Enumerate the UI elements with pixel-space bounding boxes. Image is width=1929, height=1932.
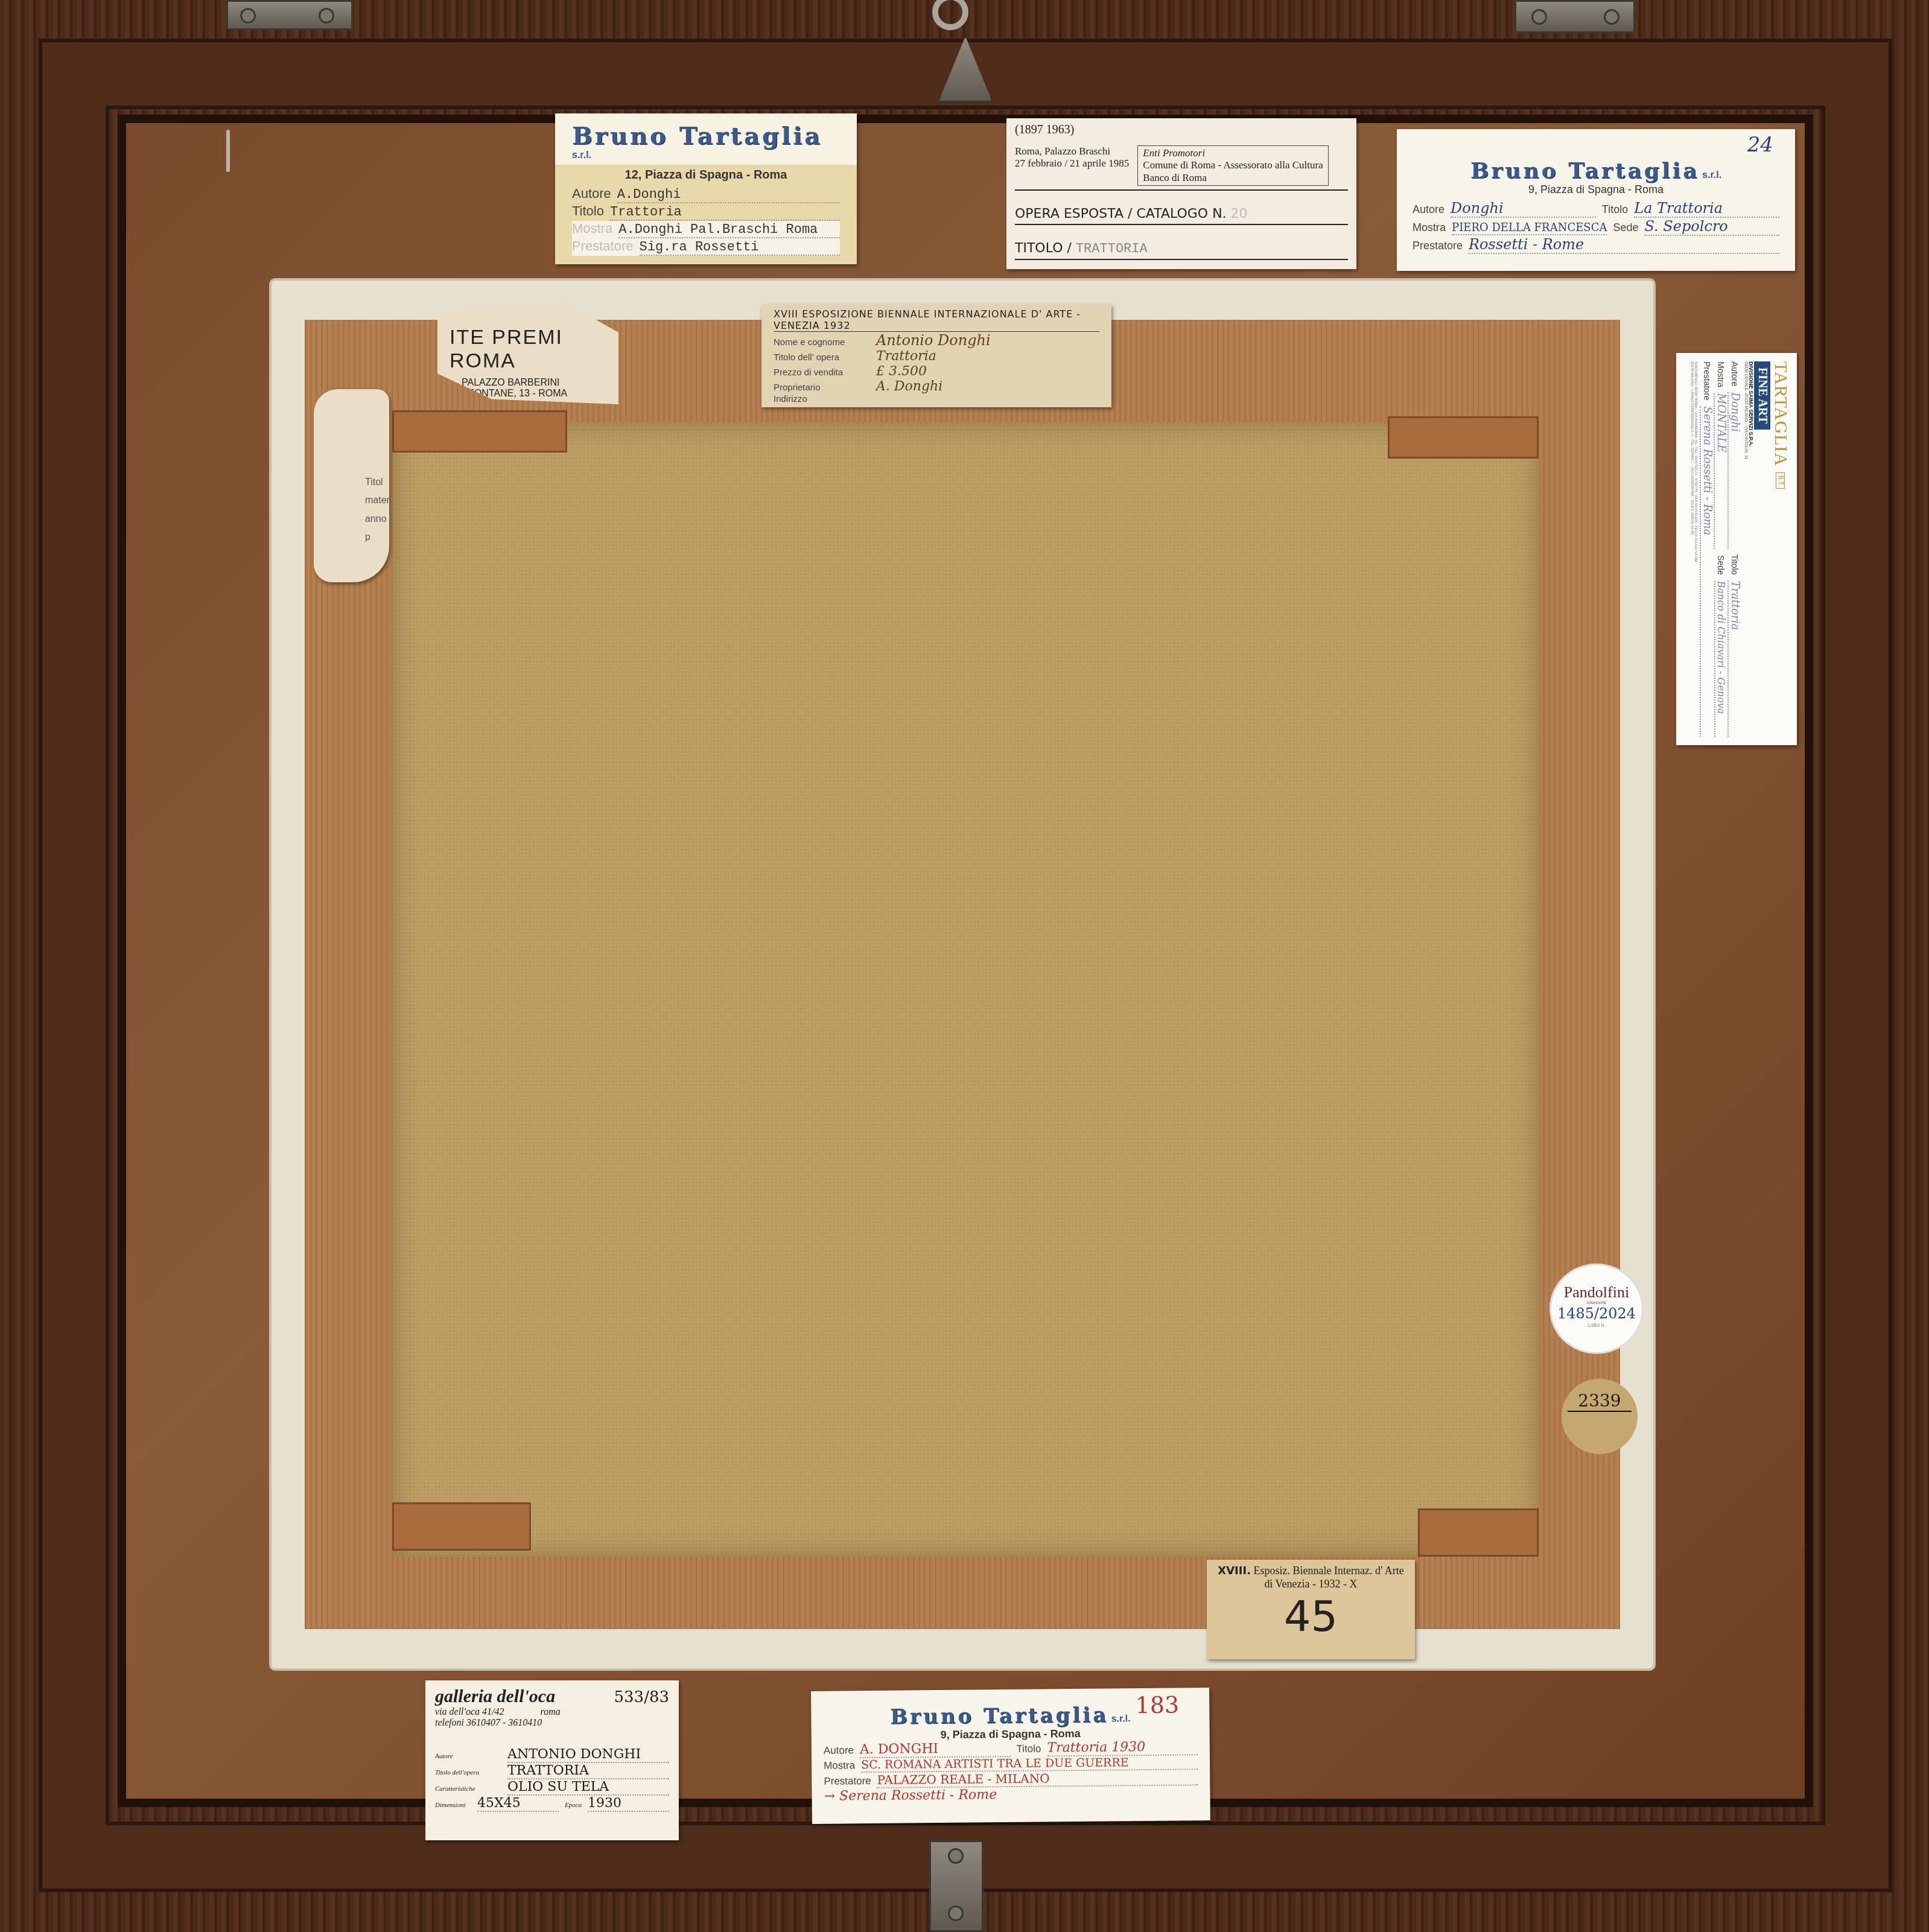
field-value-nome: Antonio Donghi xyxy=(876,332,1099,349)
label-tartaglia-183: 183 Bruno Tartaglia s.r.l. 9, Piazza di … xyxy=(811,1688,1210,1824)
brand-suffix: s.r.l. xyxy=(1111,1714,1131,1724)
brand-suffix: s.r.l. xyxy=(1702,170,1721,180)
form-header: XVIII ESPOSIZIONE BIENNALE INTERNAZIONAL… xyxy=(774,308,1099,332)
corner-key-bottom-left xyxy=(392,1502,531,1551)
brand-name: Bruno Tartaglia xyxy=(890,1703,1108,1729)
field-value-sede: Banco di Chiavari - Genova xyxy=(1714,581,1727,737)
fragment-line: materi xyxy=(365,492,389,510)
field-value-mostra: PIERO DELLA FRANCESCA xyxy=(1452,221,1607,235)
legal-address: SEDE LEGALE: 20139 MILANO - VIA CAVIGLIA… xyxy=(1744,361,1748,737)
field-value-dimensioni: 45X45 xyxy=(477,1796,559,1812)
field-label: Prestatore xyxy=(572,238,634,254)
field-label: Proprietario xyxy=(774,383,870,393)
field-label: Mostra xyxy=(1413,221,1446,234)
field-label: Dimensioni xyxy=(435,1802,471,1809)
field-value-autore: A.Donghi xyxy=(617,187,840,203)
promoters-title: Enti Promotori xyxy=(1143,147,1323,159)
title-label: TITOLO / xyxy=(1015,241,1072,256)
lot-label: Lotto n. xyxy=(1551,1322,1642,1328)
screw-icon xyxy=(948,1848,964,1864)
catalog-label: OPERA ESPOSTA / CATALOGO N. xyxy=(1015,206,1227,221)
field-label: Sede xyxy=(1716,555,1726,575)
field-label: Autore xyxy=(1730,361,1740,386)
promoter: Banco di Roma xyxy=(1143,172,1323,184)
field-value-prezzo: £ 3.500 xyxy=(876,364,1099,379)
field-label: Mostra xyxy=(824,1759,855,1772)
address: 12, Piazza di Spagna - Roma xyxy=(572,168,840,182)
exhibition-dates: 27 febbraio / 21 aprile 1985 xyxy=(1015,157,1129,170)
field-label: Caratteristiche xyxy=(435,1785,501,1793)
field-value-titolo: Trattoria xyxy=(876,349,1099,364)
bottom-mount-plate xyxy=(929,1840,984,1932)
catalog-number: 45 xyxy=(1215,1595,1406,1638)
field-value-prestatore: Sig.ra Rossetti xyxy=(640,240,841,256)
corner-key-top-right xyxy=(1388,416,1539,459)
inventory-number: 2339 xyxy=(1568,1391,1632,1412)
field-value-autore: Donghi xyxy=(1727,392,1741,548)
field-value-prestatore: Rossetti - Rome xyxy=(1469,236,1779,254)
title-value: TRATTORIA xyxy=(1076,241,1148,256)
field-value-prestatore: Serena Rossetti - Roma xyxy=(1700,407,1714,737)
brand-name: Bruno Tartaglia xyxy=(572,122,822,150)
field-label: Titolo xyxy=(1730,554,1740,575)
label-tartaglia-9-piazza-24: 24 Bruno Tartaglia s.r.l. 9, Piazza di S… xyxy=(1397,129,1795,271)
screw-icon xyxy=(1531,9,1547,25)
field-label: Titolo xyxy=(1016,1743,1041,1755)
auction-number: 1485/2024 xyxy=(1551,1305,1642,1322)
field-label: Prestatore xyxy=(1702,361,1712,401)
field-label: Autore xyxy=(572,186,611,202)
brand-name: TARTAGLIA xyxy=(1770,361,1791,466)
corner-key-top-left xyxy=(392,410,567,453)
catalog-number: 20 xyxy=(1231,206,1248,221)
address: 9, Piazza di Spagna - Roma xyxy=(1413,183,1779,196)
fragment-line: anno xyxy=(365,510,389,529)
fragment-line: ITE PREMI ROMA xyxy=(450,326,612,373)
auction-house: Pandolfini xyxy=(1551,1283,1642,1301)
label-palazzo-braschi-1985: (1897 1963) Roma, Palazzo Braschi 27 feb… xyxy=(1006,118,1356,269)
field-label: Mostra xyxy=(1716,361,1726,387)
label-tartaglia-12-piazza: Bruno Tartaglia s.r.l. 12, Piazza di Spa… xyxy=(555,113,857,264)
field-value-titolo: La Trattoria xyxy=(1634,200,1779,218)
flag-logo-icon: B.T. xyxy=(1776,472,1785,489)
field-label: Indirizzo xyxy=(774,394,870,404)
field-value-titolo: Trattoria xyxy=(610,205,840,221)
field-value-epoca: 1930 xyxy=(588,1796,669,1812)
field-label: Epoca xyxy=(565,1802,582,1809)
field-value-titolo: Trattoria 1930 xyxy=(1047,1739,1198,1756)
field-value-sede: PALAZZO REALE - MILANO xyxy=(877,1770,1198,1788)
inventory-number: 24 xyxy=(1747,133,1773,157)
branches: SUCCURSALI: 00187 ROMA - VIA BARBERINI, … xyxy=(1694,361,1697,737)
fragment-line: Titol xyxy=(365,474,389,492)
label-torn-fragment-left: Titol materi anno p xyxy=(314,389,389,582)
screw-icon xyxy=(319,8,334,24)
field-label: Titolo xyxy=(572,203,604,219)
field-label: Mostra xyxy=(572,221,612,237)
edition: XVIII. xyxy=(1218,1565,1251,1577)
exhibition-place-year: di Venezia - 1932 - X xyxy=(1215,1578,1406,1590)
field-label: Autore xyxy=(435,1753,501,1760)
label-tartaglia-fine-art: TARTAGLIA B.T. FINE ART DIVISIONE SAIMA … xyxy=(1676,353,1797,745)
brand-suffix: s.r.l. xyxy=(572,150,591,160)
field-label: Nome e cognome xyxy=(774,337,870,348)
field-label: Prestatore xyxy=(824,1775,871,1788)
field-label: Autore xyxy=(1413,203,1444,216)
field-value-caratteristiche: OLIO SU TELA xyxy=(507,1779,669,1796)
field-label: Prezzo di vendita xyxy=(774,367,870,378)
screw-icon xyxy=(948,1905,964,1921)
sticker-pandolfini: Pandolfini CASA D'ASTE 1485/2024 Lotto n… xyxy=(1549,1263,1644,1354)
screw-icon xyxy=(240,8,256,24)
corner-key-bottom-right xyxy=(1418,1508,1539,1557)
field-value-autore: ANTONIO DONGHI xyxy=(507,1747,669,1763)
promoter: Comune di Roma - Assessorato alla Cultur… xyxy=(1143,159,1323,171)
nail-icon xyxy=(226,130,230,172)
field-label: Titolo dell'opera xyxy=(435,1769,501,1776)
inventory-number: 183 xyxy=(1136,1692,1180,1719)
sub-brand: FINE ART xyxy=(1754,361,1770,430)
gallery-address: via dell'oca 41/42 xyxy=(435,1707,504,1718)
canvas-reverse xyxy=(392,422,1539,1557)
field-label: Titolo xyxy=(1602,203,1628,216)
field-label: Titolo dell' opera xyxy=(774,352,870,363)
brand-name: Bruno Tartaglia xyxy=(1470,158,1700,183)
gallery-name: galleria dell'oca xyxy=(435,1686,555,1707)
top-left-mount-plate xyxy=(226,0,353,30)
field-value-titolo: Trattoria xyxy=(1727,580,1741,737)
lifespan: (1897 1963) xyxy=(1015,123,1348,137)
fragment-line: PALAZZO BARBERINI xyxy=(462,378,612,389)
field-value-mostra: A.Donghi Pal.Braschi Roma xyxy=(618,222,840,238)
label-biennale-1932-form: XVIII ESPOSIZIONE BIENNALE INTERNAZIONAL… xyxy=(761,305,1111,407)
screw-icon xyxy=(1604,9,1619,25)
label-galleria-dell-oca: galleria dell'oca 533/83 via dell'oca 41… xyxy=(425,1680,679,1840)
label-biennale-1932-number: XVIII. Esposiz. Biennale Internaz. d' Ar… xyxy=(1207,1560,1415,1659)
field-label: Sede xyxy=(1613,221,1638,234)
gallery-city: roma xyxy=(541,1707,561,1718)
exhibition-name: Esposiz. Biennale Internaz. d' Arte xyxy=(1254,1565,1404,1577)
inventory-number: 533/83 xyxy=(614,1688,669,1706)
fragment-line: p xyxy=(365,529,389,547)
field-value-sede: S. Sepolcro xyxy=(1644,218,1779,236)
field-value-autore: Donghi xyxy=(1451,200,1596,218)
gallery-phones: telefoni 3610407 - 3610410 xyxy=(435,1718,669,1729)
field-value-prestatore: → Serena Rossetti - Rome xyxy=(824,1785,1198,1803)
venue: Roma, Palazzo Braschi xyxy=(1015,145,1129,157)
top-right-mount-plate xyxy=(1514,0,1635,33)
field-value-titolo: TRATTORIA xyxy=(507,1763,669,1779)
division: DIVISIONE SAIMA SERVIZI S.P.A. xyxy=(1748,361,1754,737)
field-value-autore: A. DONGHI xyxy=(860,1741,1011,1758)
field-value-mostra: MONTALE xyxy=(1714,393,1727,549)
field-value-proprietario: A. Donghi xyxy=(876,379,1099,394)
tag-inventory-2339: 2339 xyxy=(1562,1379,1638,1454)
field-label: Prestatore xyxy=(1413,240,1463,252)
field-label: Autore xyxy=(824,1744,854,1756)
